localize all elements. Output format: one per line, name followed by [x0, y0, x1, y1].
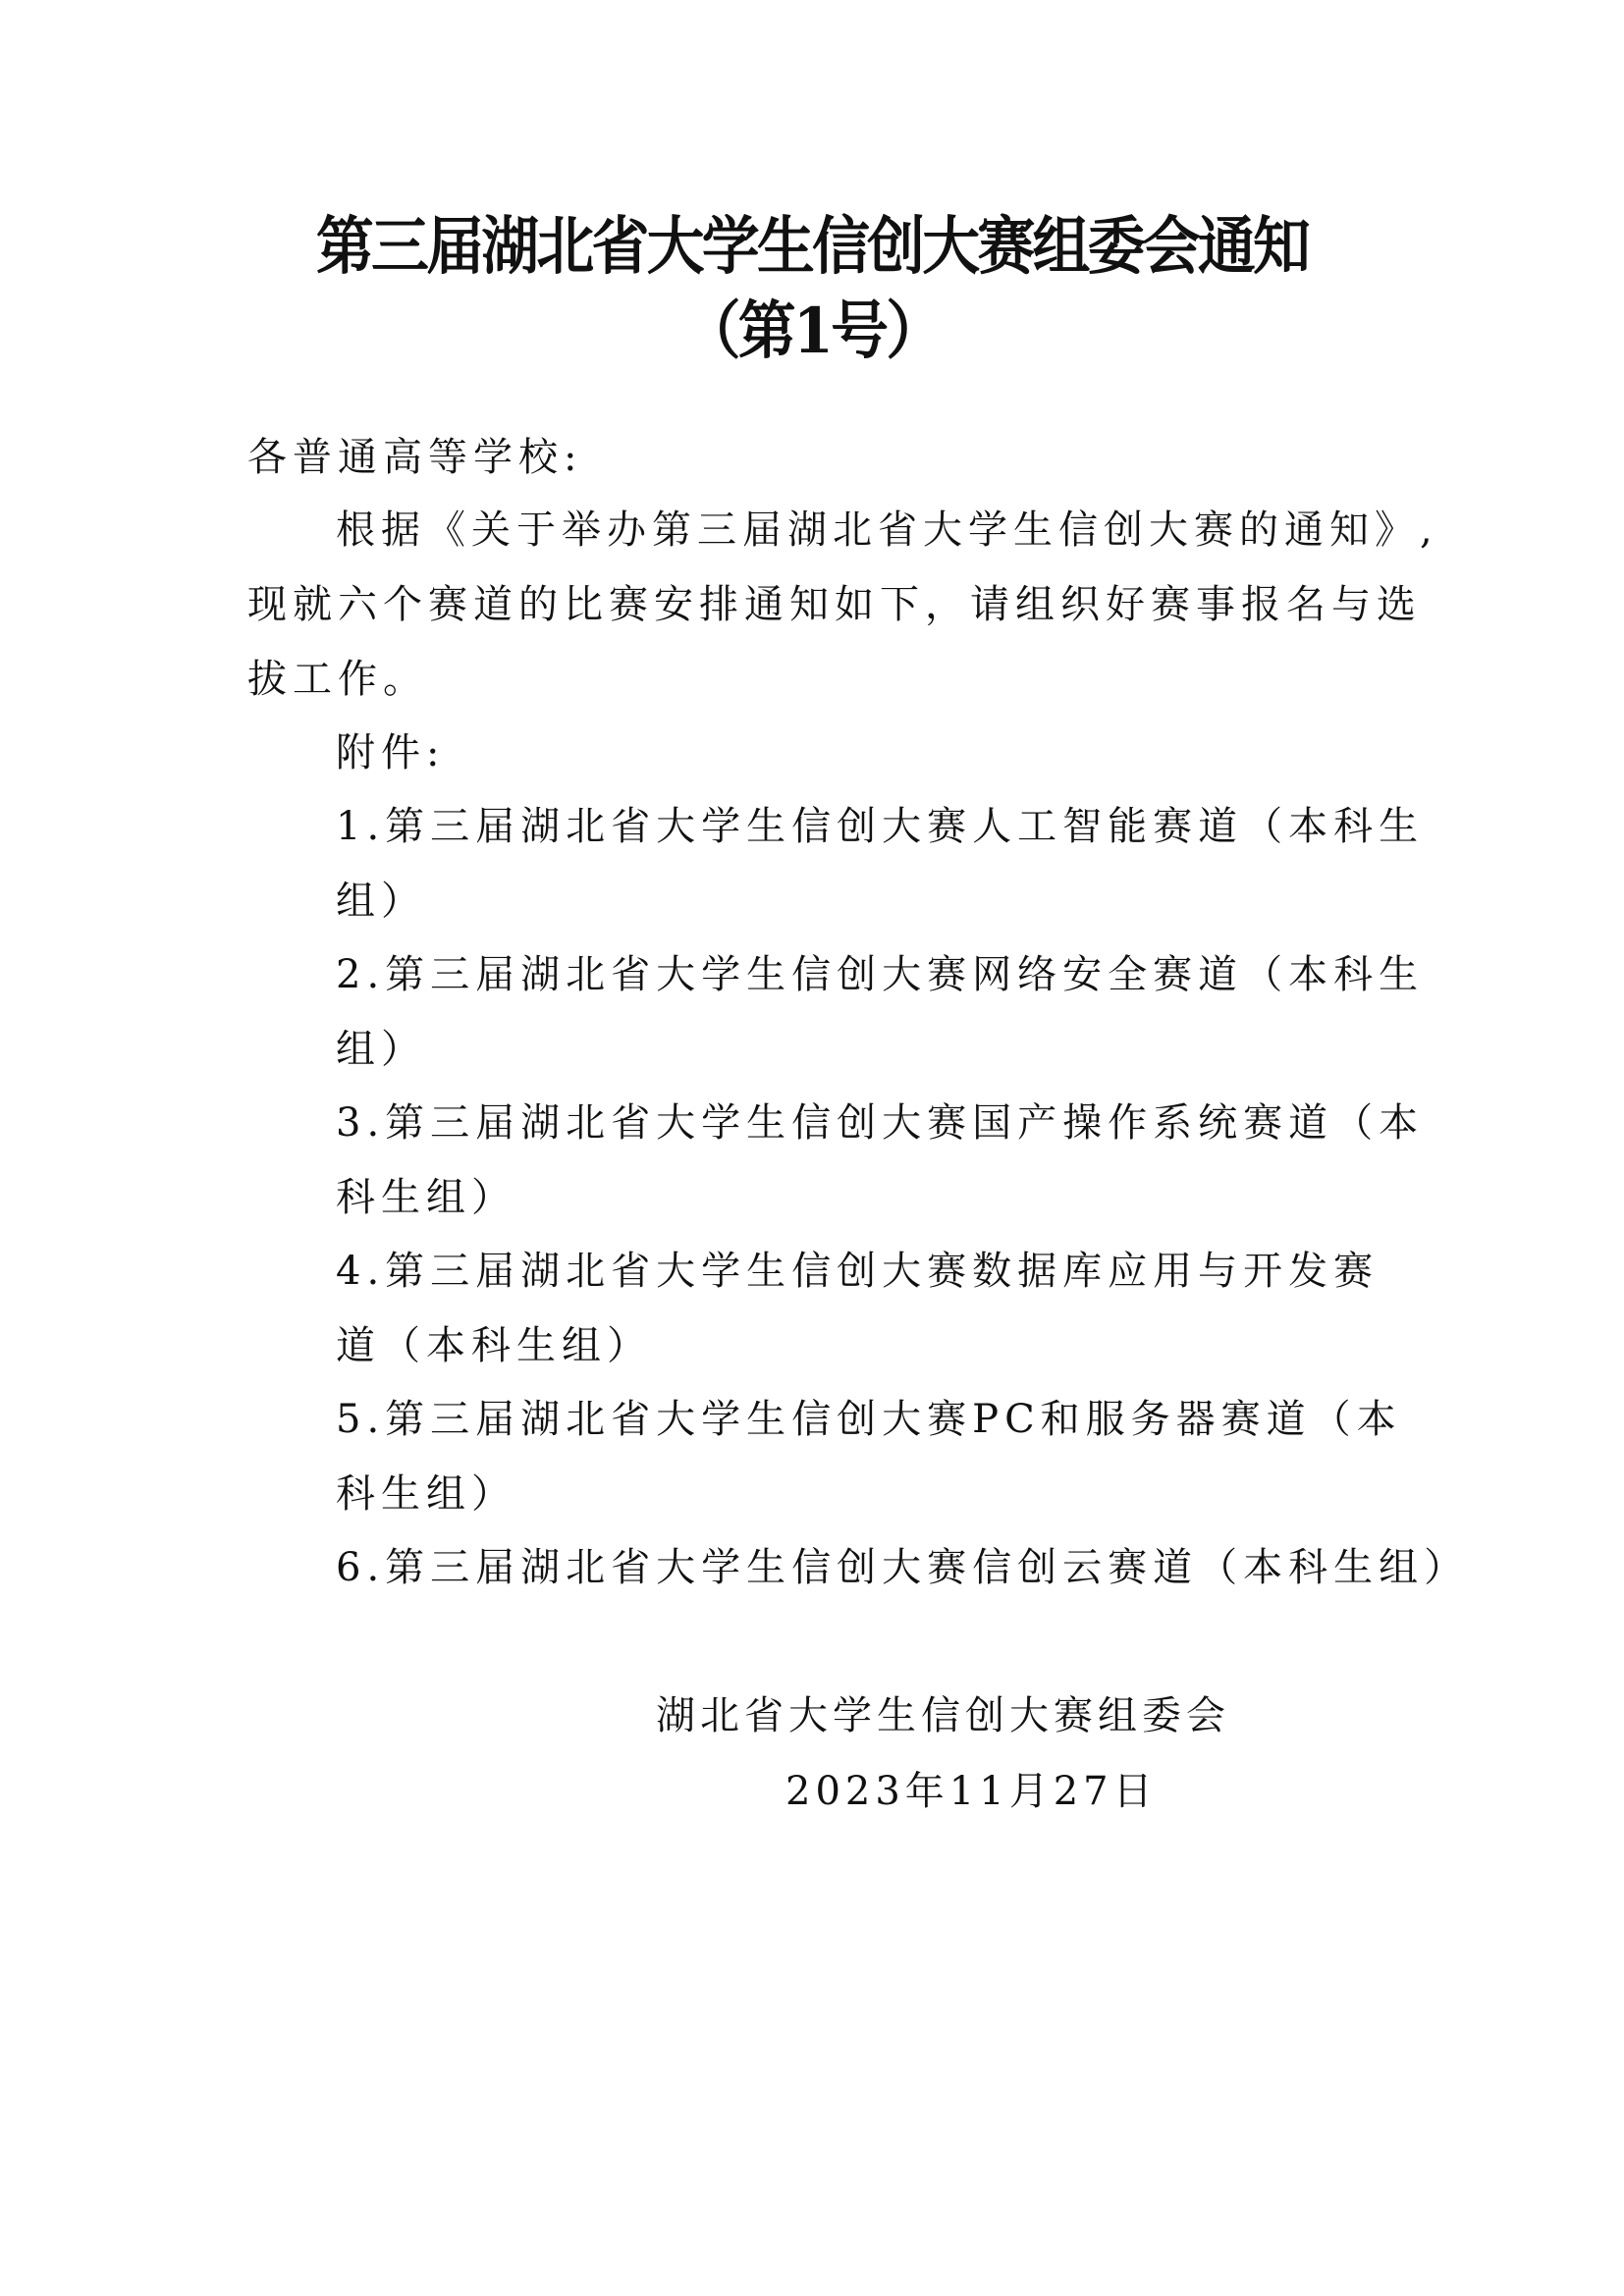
body-line-1: 根据《关于举办第三届湖北省大学生信创大赛的通知》,	[336, 510, 1438, 550]
salutation: 各普通高等学校:	[247, 438, 582, 477]
attachment-1-line-2: 组）	[336, 881, 426, 921]
attachment-2-line-1: 2.第三届湖北省大学生信创大赛网络安全赛道（本科生	[336, 955, 1424, 994]
body-line-2: 现就六个赛道的比赛安排通知如下，请组织好赛事报名与选	[247, 585, 1422, 624]
attachment-5-line-2: 科生组）	[336, 1474, 516, 1514]
attachment-6-line-1: 6.第三届湖北省大学生信创大赛信创云赛道（本科生组）	[336, 1548, 1469, 1587]
signature-org: 湖北省大学生信创大赛组委会	[656, 1696, 1230, 1735]
attachment-4-line-1: 4.第三届湖北省大学生信创大赛数据库应用与开发赛	[336, 1252, 1379, 1291]
body-line-3: 拔工作。	[247, 660, 428, 699]
attachment-1-line-1: 1.第三届湖北省大学生信创大赛人工智能赛道（本科生	[336, 807, 1424, 846]
attachment-4-line-2: 道（本科生组）	[336, 1326, 652, 1365]
title-line-1: 第三届湖北省大学生信创大赛组委会通知	[65, 196, 1559, 287]
attachment-3-line-1: 3.第三届湖北省大学生信创大赛国产操作系统赛道（本	[336, 1103, 1424, 1143]
attachment-2-line-2: 组）	[336, 1030, 426, 1069]
title-line-2: （第1号）	[65, 281, 1559, 371]
attachment-3-line-2: 科生组）	[336, 1178, 516, 1217]
attachments-label: 附件:	[336, 733, 445, 773]
signature-date: 2023年11月27日	[785, 1772, 1158, 1811]
attachment-5-line-1: 5.第三届湖北省大学生信创大赛PC和服务器赛道（本	[336, 1400, 1402, 1439]
